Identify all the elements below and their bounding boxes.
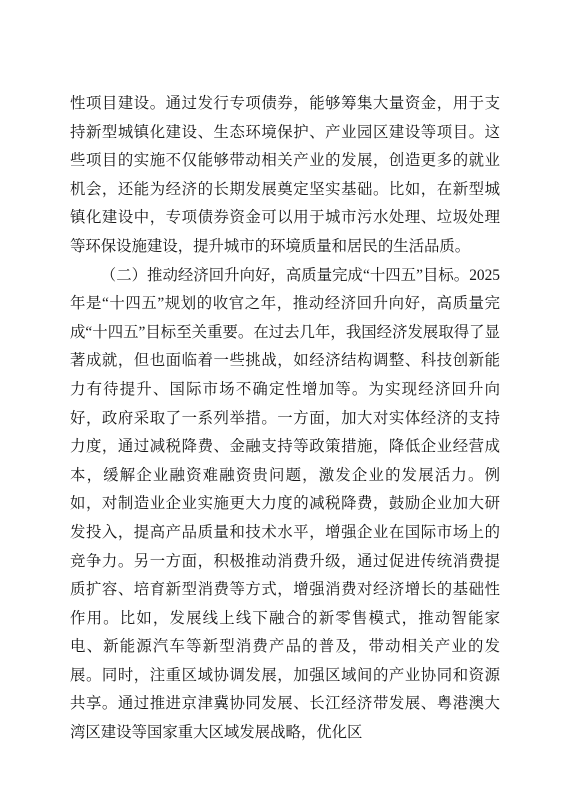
paragraph-section-2: （二）推动经济回升向好，高质量完成“十四五”目标。2025 年是“十四五”规划的… — [70, 262, 500, 748]
document-text-block: 性项目建设。通过发行专项债券，能够筹集大量资金，用于支持新型城镇化建设、生态环境… — [70, 90, 500, 748]
paragraph-continuation: 性项目建设。通过发行专项债券，能够筹集大量资金，用于支持新型城镇化建设、生态环境… — [70, 90, 500, 262]
document-page: 性项目建设。通过发行专项债券，能够筹集大量资金，用于支持新型城镇化建设、生态环境… — [0, 0, 570, 807]
